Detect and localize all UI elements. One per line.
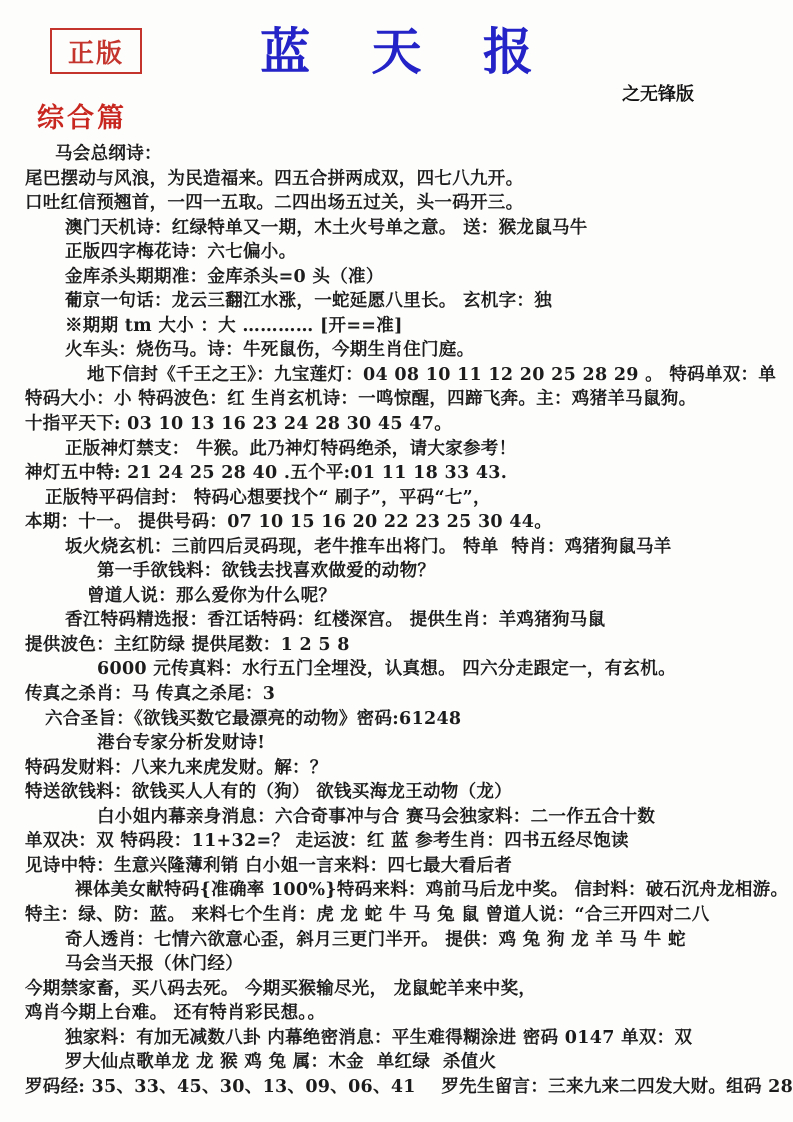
text-line: 特码发财料：八来九来虎发财。解：？	[25, 756, 773, 781]
text-line: 罗码经: 35、33、45、30、13、09、06、41 罗先生留言：三来九来二…	[25, 1075, 773, 1100]
text-line: 奇人透肖：七情六欲意心歪，斜月三更门半开。 提供：鸡 兔 狗 龙 羊 马 牛 蛇	[25, 928, 773, 953]
section-title: 综合篇	[37, 96, 127, 135]
text-line: 坂火烧玄机：三前四后灵码现，老牛推车出将门。 特单 特肖：鸡猪狗鼠马羊	[25, 535, 773, 560]
text-line: 今期禁家畜，买八码去死。 今期买猴输尽光， 龙鼠蛇羊来中奖，	[25, 977, 773, 1002]
text-line: 正版四字梅花诗：六七偏小。	[25, 240, 773, 265]
text-line: 马会当天报（休门经）	[25, 952, 773, 977]
text-line: 葡京一句话：龙云三翻江水涨，一蛇延愿八里长。 玄机字：独	[25, 289, 773, 314]
text-line: 裸体美女献特码{准确率 100%}特码来料：鸡前马后龙中奖。 信封料：破石沉舟龙…	[25, 878, 773, 903]
text-line: 十指平天下: 03 10 13 16 23 24 28 30 45 47。	[25, 412, 773, 437]
text-line: 特送欲钱料：欲钱买人人有的（狗） 欲钱买海龙王动物（龙）	[25, 780, 773, 805]
text-line: 香江特码精选报：香江话特码：红楼深宫。 提供生肖：羊鸡猪狗马鼠	[25, 608, 773, 633]
text-line: 6000 元传真料：水行五门全埋没，认真想。 四六分走跟定一，有玄机。	[25, 657, 773, 682]
newspaper-page: 正版 蓝 天 报 之无锋版 综合篇 马会总纲诗：尾巴摆动与风浪，为民造福来。四五…	[0, 0, 793, 1122]
text-line: 火车头：烧伤马。诗：牛死鼠伤，今期生肖住门庭。	[25, 338, 773, 363]
body-lines: 马会总纲诗：尾巴摆动与风浪，为民造福来。四五合拼两成双，四七八九开。口吐红信预翘…	[25, 142, 773, 1099]
text-line: 单双决：双 特码段：11+32=？ 走运波：红 蓝 参考生肖：四书五经尽饱读	[25, 829, 773, 854]
text-line: 见诗中特：生意兴隆薄利销 白小姐一言来料：四七最大看后者	[25, 854, 773, 879]
text-line: ※期期 tm 大小 ：大 ………… [开==准]	[25, 314, 773, 339]
text-line: 港台专家分析发财诗!	[25, 731, 773, 756]
text-line: 金库杀头期期准：金库杀头=0 头（准）	[25, 265, 773, 290]
text-line: 口吐红信预翘首，一四一五取。二四出场五过关，头一码开三。	[25, 191, 773, 216]
text-line: 尾巴摆动与风浪，为民造福来。四五合拼两成双，四七八九开。	[25, 167, 773, 192]
text-line: 传真之杀肖：马 传真之杀尾：3	[25, 682, 773, 707]
text-line: 罗大仙点歌单龙 龙 猴 鸡 兔 属：木金 单红绿 杀值火	[25, 1050, 773, 1075]
text-line: 第一手欲钱料：欲钱去找喜欢做爱的动物？	[25, 559, 773, 584]
text-line: 马会总纲诗：	[25, 142, 773, 167]
text-line: 地下信封《千王之王》：九宝莲灯：04 08 10 11 12 20 25 28 …	[25, 363, 773, 388]
edition-label: 之无锋版	[622, 80, 694, 106]
text-line: 提供波色：主红防绿 提供尾数：1 2 5 8	[25, 633, 773, 658]
page-title: 蓝 天 报	[0, 24, 793, 79]
text-line: 神灯五中特: 21 24 25 28 40 .五个平:01 11 18 33 4…	[25, 461, 773, 486]
text-line: 独家料：有加无减数八卦 内幕绝密消息：平生难得糊涂进 密码 0147 单双：双	[25, 1026, 773, 1051]
text-line: 特码大小：小 特码波色：红 生肖玄机诗：一鸣惊醒，四蹄飞奔。主：鸡猪羊马鼠狗。	[25, 387, 773, 412]
text-line: 鸡肖今期上台难。 还有特肖彩民想。。	[25, 1001, 773, 1026]
text-line: 曾道人说：那么爱你为什么呢？	[25, 584, 773, 609]
text-line: 澳门天机诗：红绿特单又一期，木土火号单之意。 送：猴龙鼠马牛	[25, 216, 773, 241]
text-line: 白小姐内幕亲身消息：六合奇事冲与合 赛马会独家料：二一作五合十数	[25, 805, 773, 830]
text-line: 正版神灯禁支： 牛猴。此乃神灯特码绝杀，请大家参考！	[25, 437, 773, 462]
text-line: 特主：绿、防：蓝。 来料七个生肖：虎 龙 蛇 牛 马 兔 鼠 曾道人说：“合三开…	[25, 903, 773, 928]
text-line: 正版特平码信封： 特码心想要找个“ 刷子”，平码“七”，	[25, 486, 773, 511]
text-line: 本期：十一。 提供号码：07 10 15 16 20 22 23 25 30 4…	[25, 510, 773, 535]
text-line: 六合圣旨：《欲钱买数它最漂亮的动物》密码:61248	[25, 707, 773, 732]
